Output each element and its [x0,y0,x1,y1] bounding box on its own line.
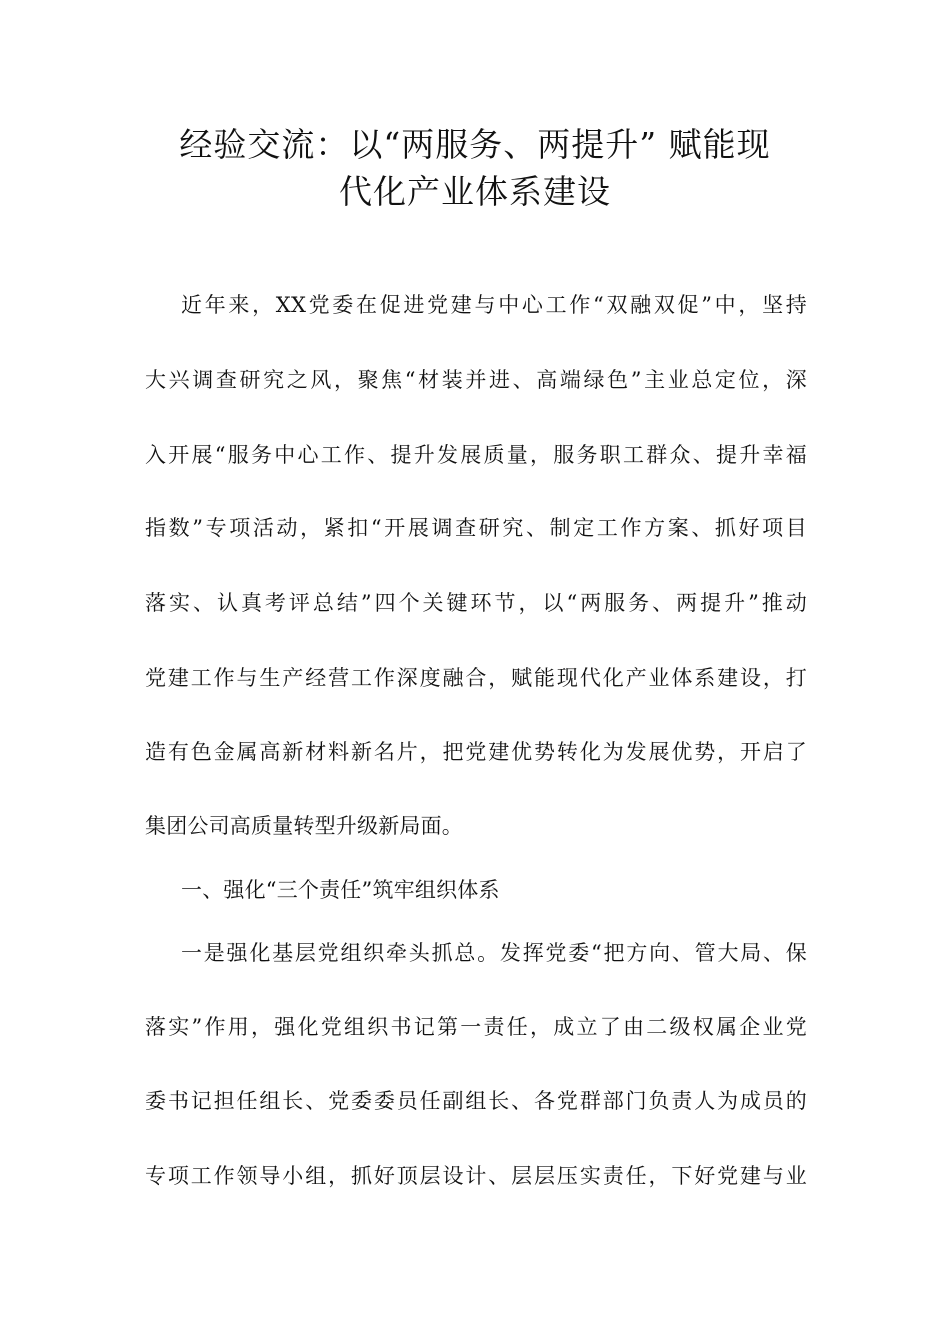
paragraph-line: 指数”专项活动，紧扣“开展调查研究、制定工作方案、抓好项目 [145,514,807,542]
paragraph-line: 专项工作领导小组，抓好顶层设计、层层压实责任，下好党建与业 [145,1162,807,1190]
paragraph-line: 落实、认真考评总结”四个关键环节，以“两服务、两提升”推动 [145,589,807,617]
paragraph-line: 造有色金属高新材料新名片，把党建优势转化为发展优势，开启了 [145,738,807,766]
document-title-line-2: 代化产业体系建设 [0,172,950,212]
paragraph-line: 一是强化基层党组织牵头抓总。发挥党委“把方向、管大局、保 [145,939,807,967]
section-heading: 一、强化“三个责任”筑牢组织体系 [145,876,807,904]
paragraph-line: 党建工作与生产经营工作深度融合，赋能现代化产业体系建设，打 [145,664,807,692]
paragraph-line: 委书记担任组长、党委委员任副组长、各党群部门负责人为成员的 [145,1087,807,1115]
paragraph-line: 大兴调查研究之风，聚焦“材装并进、高端绿色”主业总定位，深 [145,366,807,394]
paragraph-line: 落实”作用，强化党组织书记第一责任，成立了由二级权属企业党 [145,1013,807,1041]
document-page: 经验交流：以“两服务、两提升” 赋能现 代化产业体系建设 近年来，XX党委在促进… [0,0,950,1344]
paragraph-line: 近年来，XX党委在促进党建与中心工作“双融双促”中，坚持 [145,291,807,319]
document-title-line-1: 经验交流：以“两服务、两提升” 赋能现 [0,125,950,165]
paragraph-line: 集团公司高质量转型升级新局面。 [145,812,807,840]
paragraph-line: 入开展“服务中心工作、提升发展质量，服务职工群众、提升幸福 [145,441,807,469]
